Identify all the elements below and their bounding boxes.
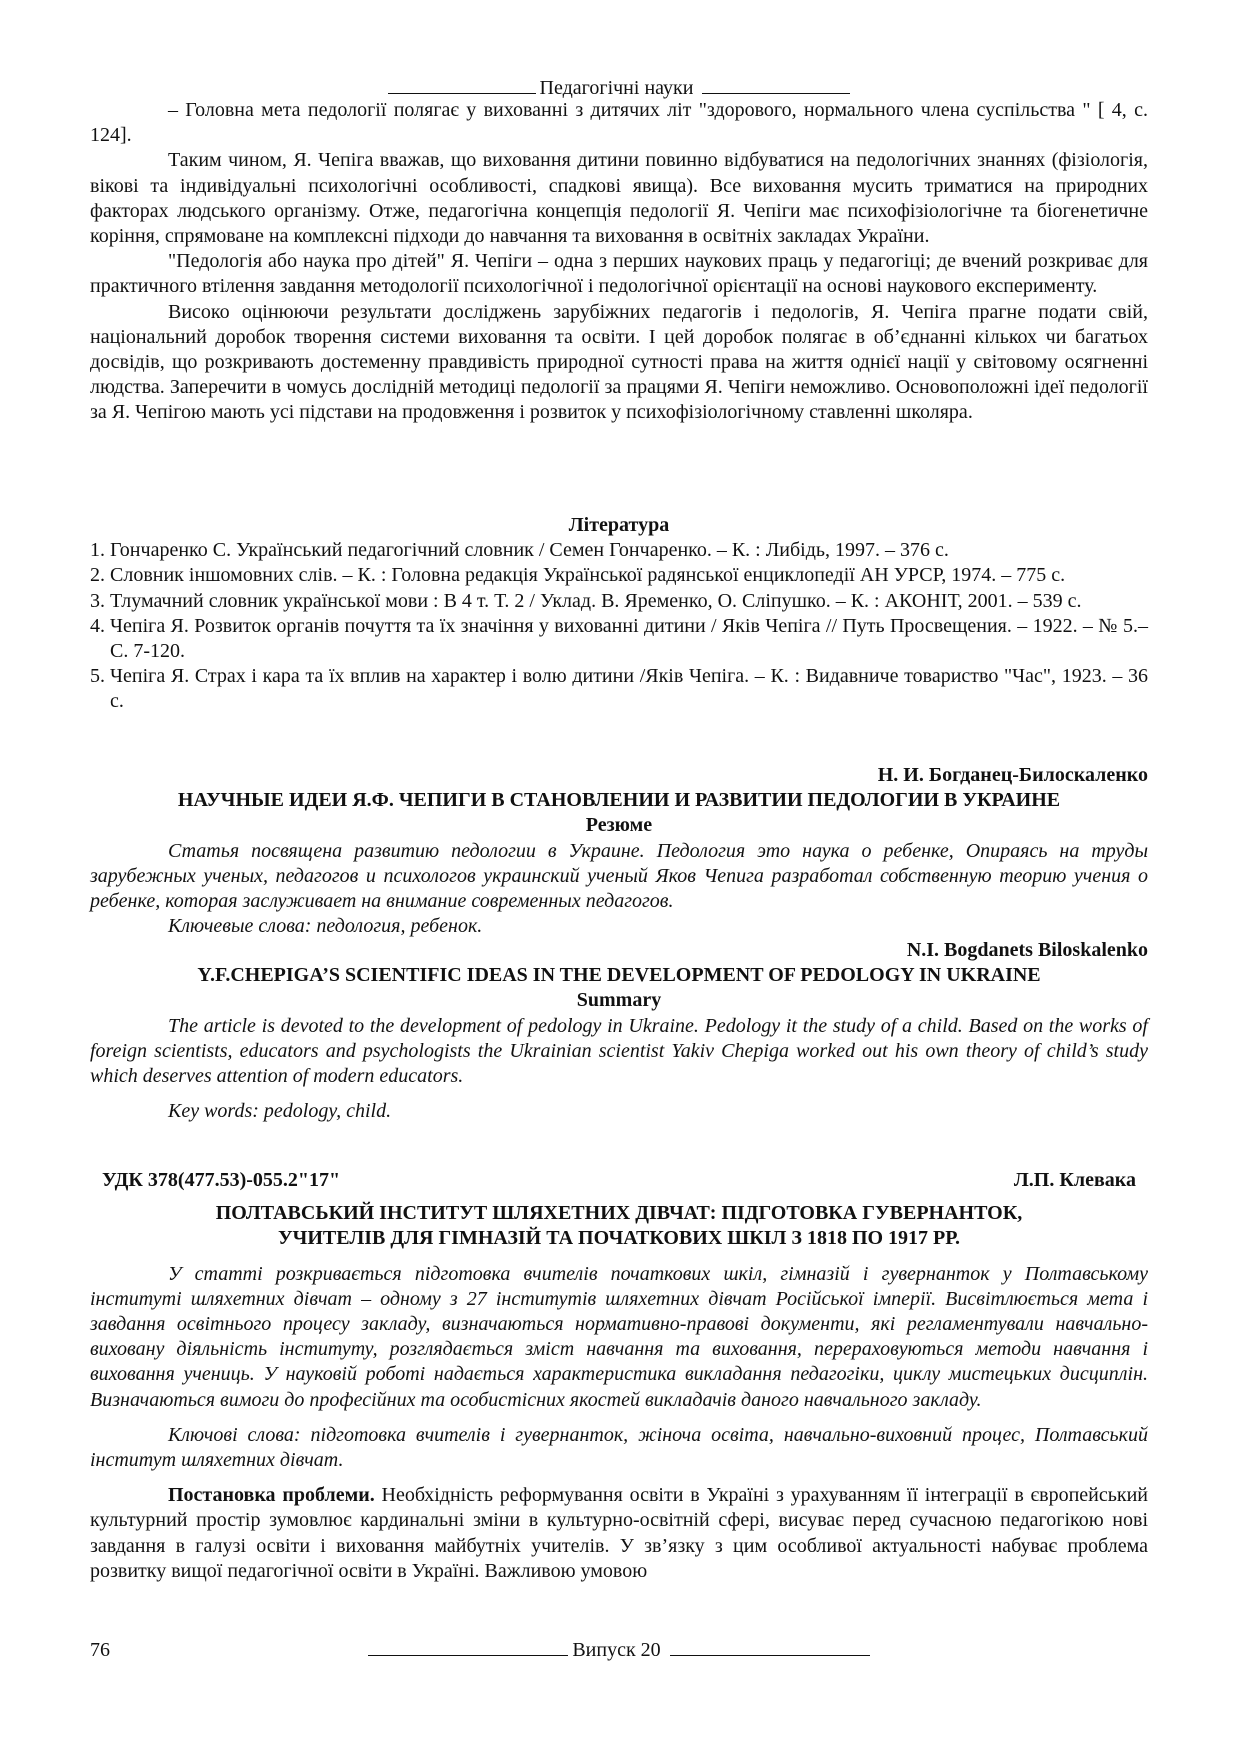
article-author: Л.П. Клевака	[1014, 1168, 1136, 1193]
reference-item: 5.Чепіга Я. Страх і кара та їх вплив на …	[90, 664, 1148, 714]
running-header: Педагогічні науки	[90, 76, 1148, 100]
udk-code: УДК 378(477.53)-055.2"17"	[102, 1168, 340, 1193]
resume-title: НАУЧНЫЕ ИДЕИ Я.Ф. ЧЕПИГИ В СТАНОВЛЕНИИ И…	[90, 788, 1148, 813]
paragraph: Високо оцінюючи результати досліджень за…	[90, 300, 1148, 426]
footer-rule-right	[670, 1639, 870, 1656]
header-rule-right	[702, 77, 850, 94]
article-2: УДК 378(477.53)-055.2"17" Л.П. Клевака П…	[90, 1168, 1148, 1584]
paragraph: Таким чином, Я. Чепіга вважав, що вихова…	[90, 148, 1148, 249]
reference-item: 1.Гончаренко С. Український педагогічний…	[90, 538, 1148, 563]
reference-list: 1.Гончаренко С. Український педагогічний…	[90, 538, 1148, 714]
resume-text: Статья посвящена развитию педологии в Ук…	[90, 839, 1148, 915]
issue-label: Випуск 20	[572, 1639, 660, 1661]
header-rule-left	[388, 77, 536, 94]
summary-heading: Summary	[90, 988, 1148, 1013]
page-footer: 76 Випуск 20	[90, 1638, 1148, 1662]
resume-author: Н. И. Богданец-Билоскаленко	[90, 763, 1148, 788]
article-abstract: У статті розкривається підготовка вчител…	[90, 1262, 1148, 1413]
reference-item: 3.Тлумачний словник української мови : В…	[90, 589, 1148, 614]
article-title: ПОЛТАВСЬКИЙ ІНСТИТУТ ШЛЯХЕТНИХ ДІВЧАТ: П…	[90, 1201, 1148, 1251]
summary-keywords: Key words: pedology, child.	[90, 1099, 1148, 1124]
page-number: 76	[90, 1638, 110, 1662]
udk-row: УДК 378(477.53)-055.2"17" Л.П. Клевака	[90, 1168, 1148, 1193]
footer-rule-left	[368, 1639, 568, 1656]
problem-label: Постановка проблеми.	[168, 1484, 375, 1506]
reference-item: 2.Словник іншомовних слів. – К. : Головн…	[90, 563, 1148, 588]
literature-section: Література 1.Гончаренко С. Український п…	[90, 513, 1148, 715]
paragraph: – Головна мета педології полягає у вихов…	[90, 98, 1148, 148]
resume-russian: Н. И. Богданец-Билоскаленко НАУЧНЫЕ ИДЕИ…	[90, 763, 1148, 939]
article-keywords: Ключові слова: підготовка вчителів і гув…	[90, 1423, 1148, 1473]
issue-label-wrap: Випуск 20	[90, 1638, 1148, 1662]
resume-heading: Резюме	[90, 813, 1148, 838]
paragraph: "Педологія або наука про дітей" Я. Чепіг…	[90, 249, 1148, 299]
summary-title: Y.F.CHEPIGA’S SCIENTIFIC IDEAS IN THE DE…	[90, 963, 1148, 988]
section-title: Педагогічні науки	[540, 77, 694, 99]
summary-english: N.I. Bogdanets Biloskalenko Y.F.CHEPIGA’…	[90, 938, 1148, 1124]
reference-item: 4.Чепіга Я. Розвиток органів почуття та …	[90, 614, 1148, 664]
summary-author: N.I. Bogdanets Biloskalenko	[90, 938, 1148, 963]
summary-text: The article is devoted to the developmen…	[90, 1014, 1148, 1090]
resume-keywords: Ключевые слова: педология, ребенок.	[90, 914, 1148, 939]
article-body-continuation: – Головна мета педології полягає у вихов…	[90, 98, 1148, 426]
problem-statement: Постановка проблеми. Необхідність реформ…	[90, 1483, 1148, 1584]
literature-heading: Література	[90, 513, 1148, 538]
